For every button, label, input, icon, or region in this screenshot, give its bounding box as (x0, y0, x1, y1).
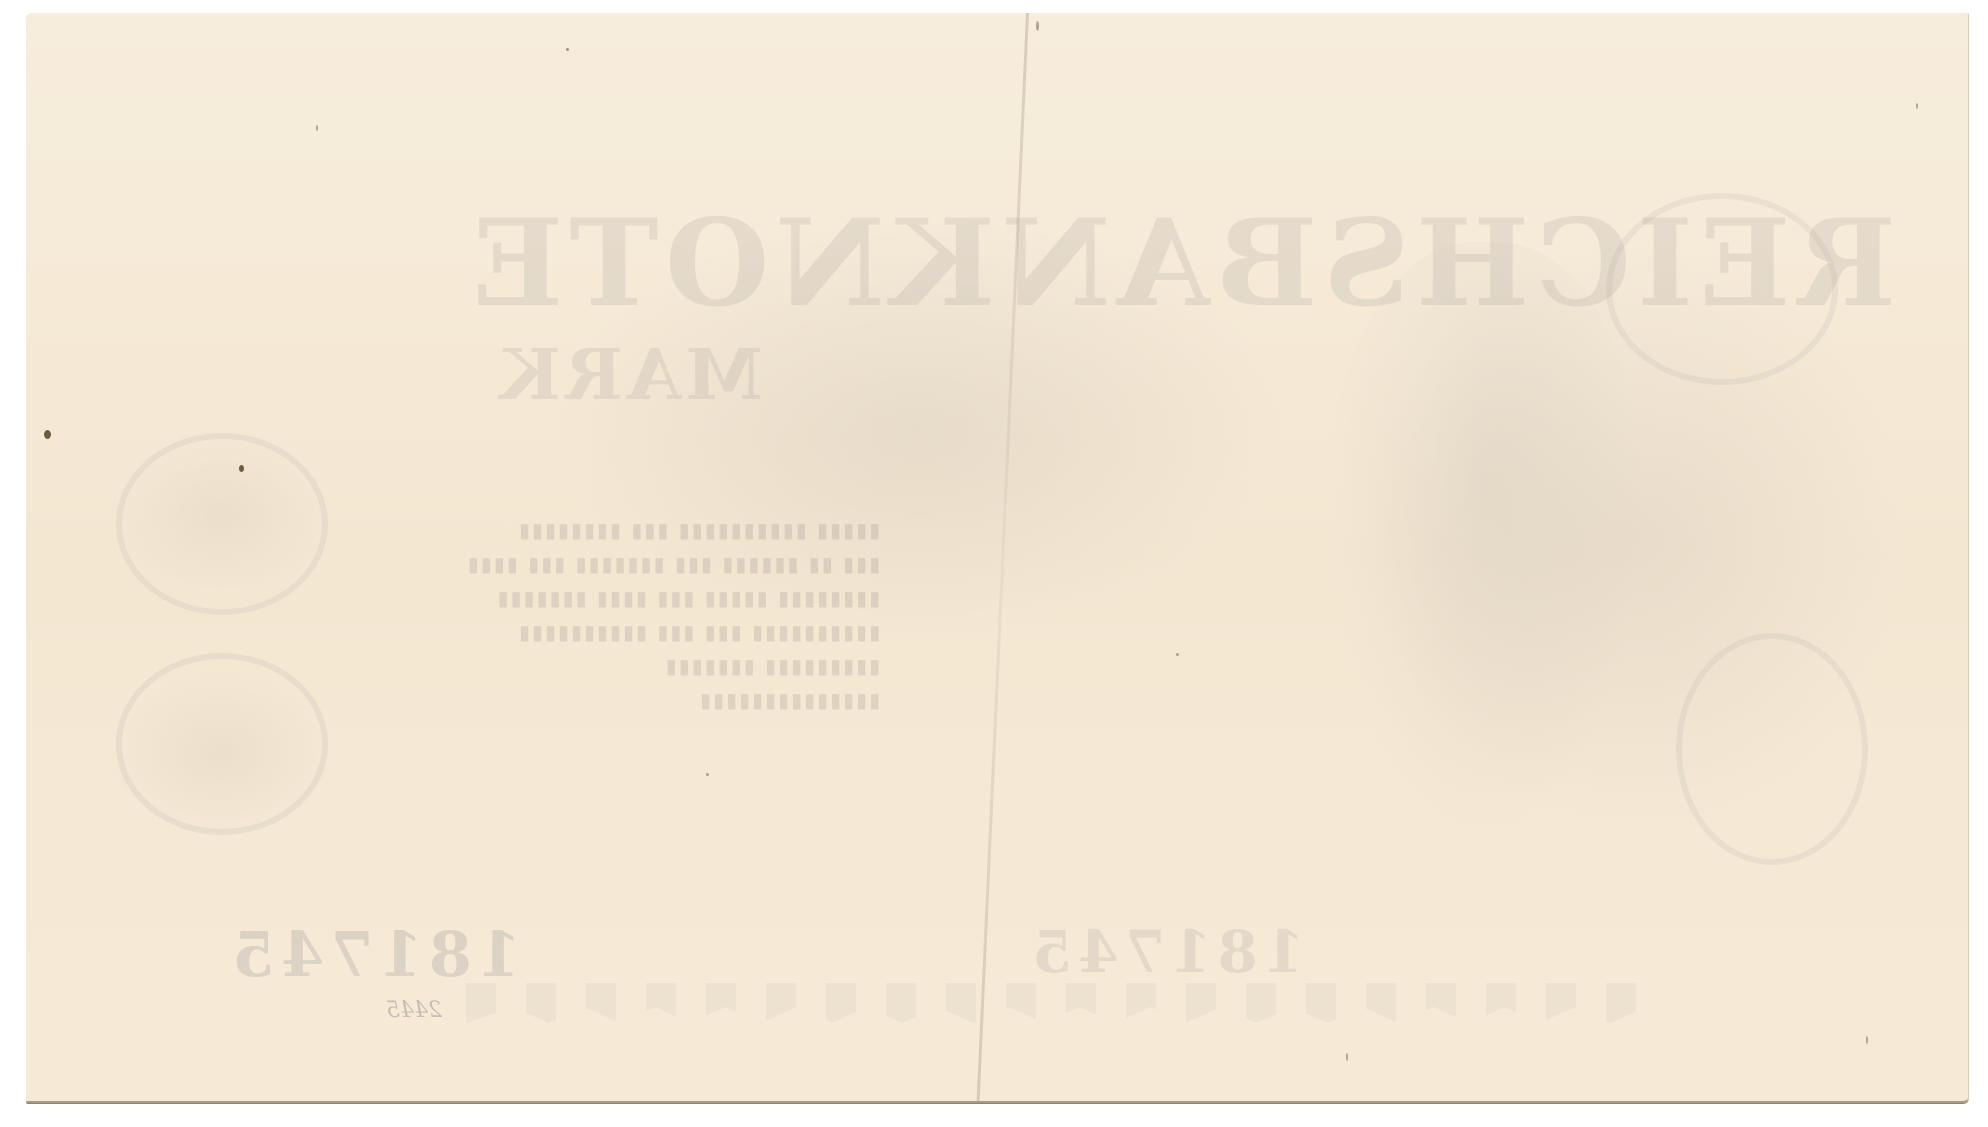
paper-speck (1346, 1053, 1348, 1061)
text-line: ▮▮▮▮▮▮▮▮▮▮ ▮▮▮ ▮▮▮ ▮▮▮▮▮▮▮▮▮▮ (466, 615, 880, 649)
ornament-circle-icon (1606, 193, 1838, 385)
mirrored-serial-number: 181745 (1026, 918, 1304, 986)
paper-speck (566, 48, 569, 51)
paper-speck (44, 430, 51, 439)
mirrored-text-block: ▮▮▮▮▮ ▮▮▮▮▮▮▮▮▮▮ ▮▮▮ ▮▮▮▮▮▮▮▮ ▮▮▮ ▮▮ ▮▮▮… (466, 513, 880, 717)
paper-speck (316, 125, 318, 131)
scalloped-border-showthrough (466, 983, 1646, 1023)
text-line: ▮▮▮▮▮▮▮▮▮ ▮▮▮▮▮▮▮ (466, 649, 880, 683)
text-line: ▮▮▮▮▮▮▮▮ ▮▮▮▮▮ ▮▮▮ ▮▮▮▮ ▮▮▮▮▮▮▮ (466, 581, 880, 615)
text-line: ▮▮▮▮▮▮▮▮▮▮▮▮▮▮ (466, 683, 880, 717)
paper-speck (1036, 21, 1039, 31)
paper-speck (239, 465, 244, 472)
text-line: ▮▮▮▮▮ ▮▮▮▮▮▮▮▮▮▮ ▮▮▮ ▮▮▮▮▮▮▮▮ (466, 513, 880, 547)
mirrored-denomination-showthrough: MARK (496, 333, 763, 416)
ornament-circle-icon (1676, 633, 1868, 865)
portrait-showthrough (1326, 243, 1646, 843)
banknote-paper: REICHSBANKNOTE MARK ▮▮▮▮▮ ▮▮▮▮▮▮▮▮▮▮ ▮▮▮… (26, 13, 1969, 1103)
fold-line (977, 13, 1029, 1101)
paper-speck (1866, 1036, 1868, 1044)
paper-speck (1916, 103, 1918, 109)
mirrored-serial-number: 181745 (226, 918, 521, 991)
pencil-mark: 2445 (386, 998, 442, 1023)
ornament-circle-icon (116, 433, 328, 615)
text-line: ▮▮▮ ▮▮ ▮▮▮▮▮▮ ▮▮▮ ▮▮▮▮▮▮▮ ▮▮▮ ▮▮▮▮ (466, 547, 880, 581)
paper-speck (706, 773, 709, 776)
ornament-circle-icon (116, 653, 328, 835)
paper-speck (1176, 653, 1179, 656)
